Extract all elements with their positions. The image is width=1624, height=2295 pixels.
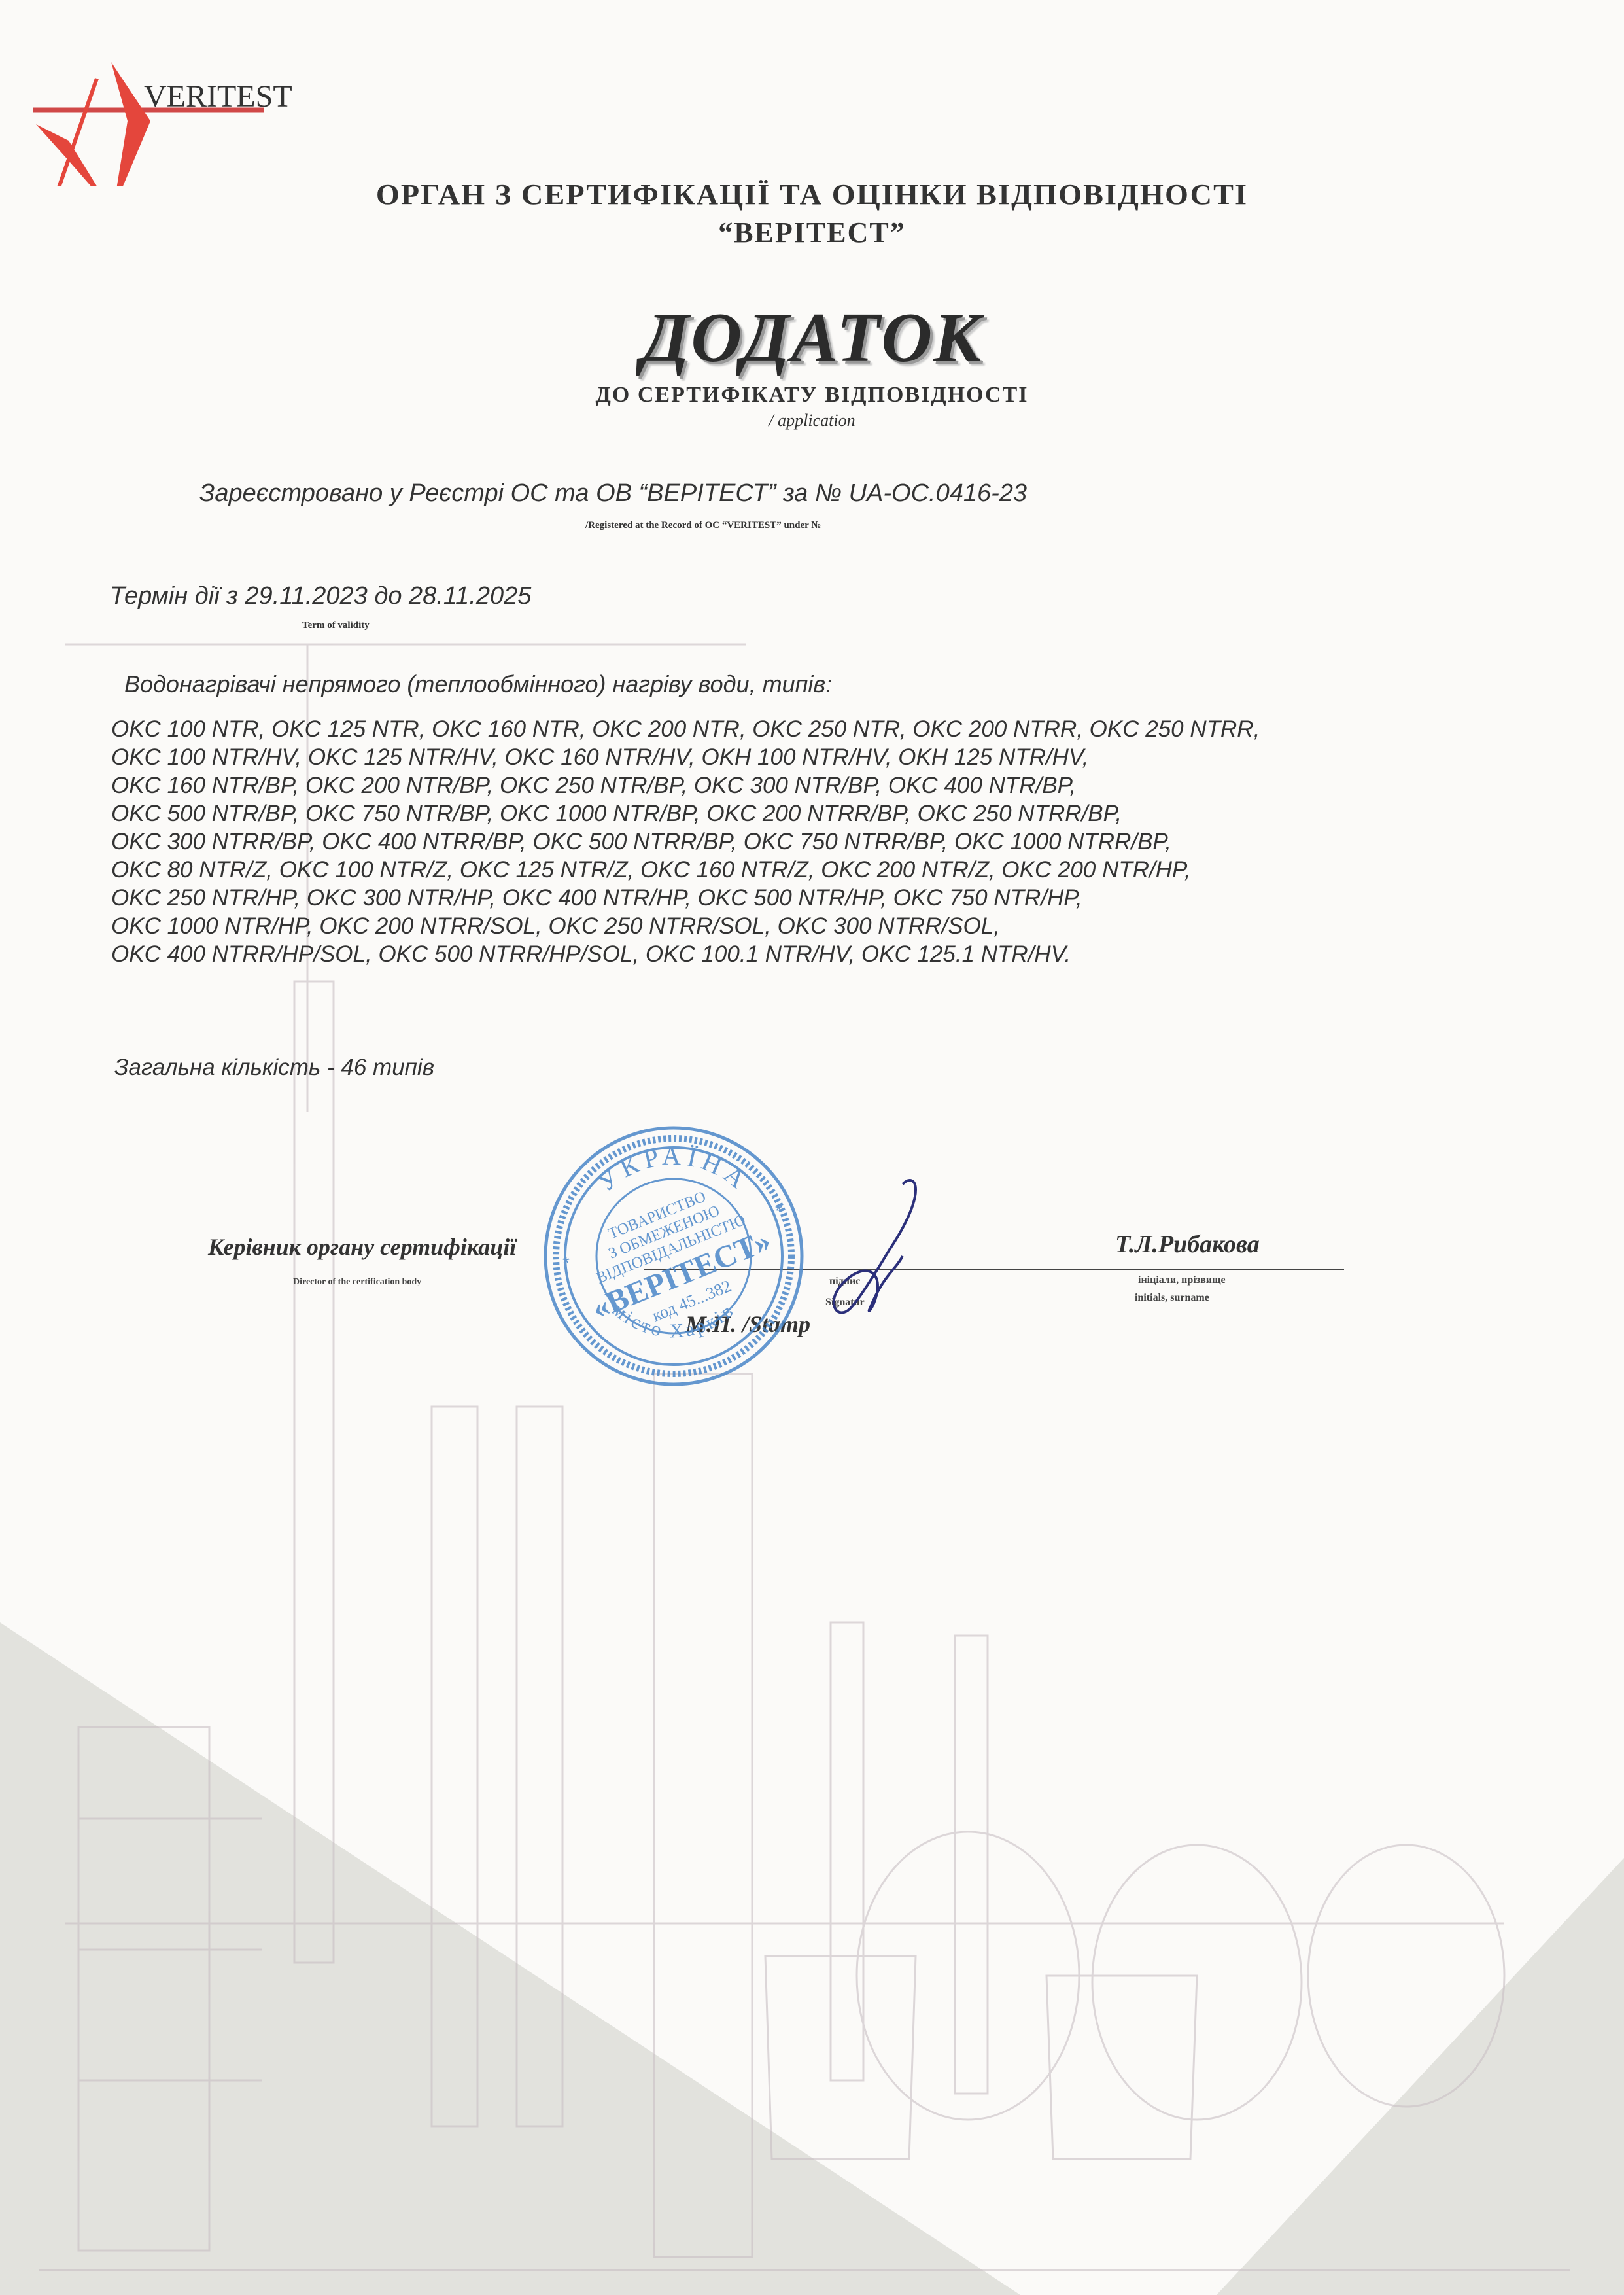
- model-list-line: OKC 100 NTR/HV, OKC 125 NTR/HV, OKC 160 …: [111, 745, 1260, 773]
- model-list: OKC 100 NTR, OKC 125 NTR, OKC 160 NTR, O…: [111, 716, 1260, 970]
- model-list-line: OKC 80 NTR/Z, OKC 100 NTR/Z, OKC 125 NTR…: [111, 857, 1260, 885]
- validity-text-en: Term of validity: [302, 620, 370, 631]
- registration-text: Зареєстровано у Реєстрі ОС та ОВ “ВЕРІТЕ…: [199, 480, 1027, 508]
- svg-text:УКРАЇНА: УКРАЇНА: [592, 1141, 756, 1197]
- veritest-logo: VERITEST: [16, 29, 265, 186]
- model-list-line: OKC 400 NTRR/HP/SOL, OKC 500 NTRR/HP/SOL…: [111, 941, 1260, 970]
- document-subtitle-en: / application: [0, 411, 1624, 430]
- model-list-line: OKC 500 NTR/BP, OKC 750 NTR/BP, OKC 1000…: [111, 801, 1260, 829]
- name-label-en: initials, surname: [1135, 1292, 1209, 1304]
- handwritten-signature-icon: [811, 1171, 942, 1328]
- org-title-line2: “ВЕРІТЕСТ”: [0, 216, 1624, 249]
- svg-text:*: *: [562, 1253, 570, 1273]
- model-list-line: OKC 160 NTR/BP, OKC 200 NTR/BP, OKC 250 …: [111, 773, 1260, 801]
- model-list-line: OKC 100 NTR, OKC 125 NTR, OKC 160 NTR, O…: [111, 716, 1260, 745]
- model-list-line: OKC 1000 NTR/HP, OKC 200 NTRR/SOL, OKC 2…: [111, 913, 1260, 941]
- logo-text: VERITEST: [144, 79, 292, 114]
- model-list-line: OKC 300 NTRR/BP, OKC 400 NTRR/BP, OKC 50…: [111, 829, 1260, 857]
- total-count: Загальна кількість - 46 типів: [114, 1055, 434, 1081]
- product-category: Водонагрівачі непрямого (теплообмінного)…: [124, 671, 832, 698]
- model-list-line: OKC 250 NTR/HP, OKC 300 NTR/HP, OKC 400 …: [111, 885, 1260, 913]
- director-role: Керівник органу сертифікації: [208, 1233, 516, 1261]
- validity-text: Термін дії з 29.11.2023 до 28.11.2025: [110, 582, 531, 610]
- document-subtitle: ДО СЕРТИФІКАТУ ВІДПОВІДНОСТІ: [0, 383, 1624, 408]
- document-title: ДОДАТОК: [0, 298, 1624, 379]
- signatory-name: Т.Л.Рибакова: [1115, 1230, 1260, 1259]
- name-label: ініціали, прізвище: [1138, 1274, 1226, 1286]
- svg-text:*: *: [775, 1200, 782, 1221]
- official-stamp-icon: УКРАЇНА місто Харків ТОВАРИСТВО З ОБМЕЖЕ…: [536, 1119, 811, 1393]
- director-role-en: Director of the certification body: [293, 1277, 421, 1288]
- org-title-line1: ОРГАН З СЕРТИФІКАЦІЇ ТА ОЦІНКИ ВІДПОВІДН…: [0, 178, 1624, 211]
- registration-text-en: /Registered at the Record of OC “VERITES…: [585, 520, 821, 531]
